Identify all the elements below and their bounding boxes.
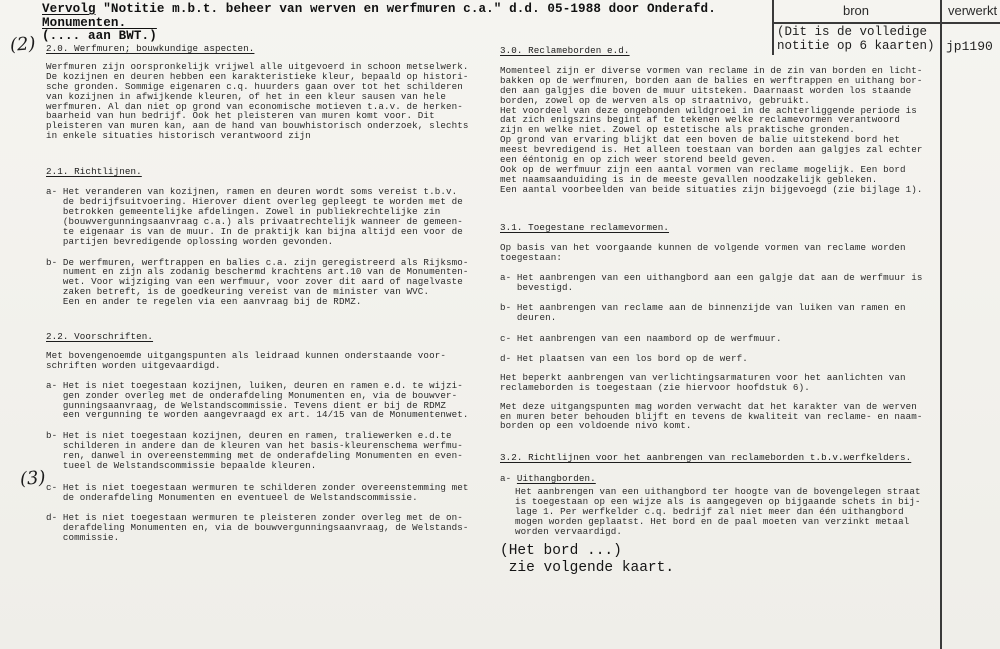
section-3-2-subheading-title: Uithangborden. xyxy=(517,473,596,484)
section-3-1-item-b: b- Het aanbrengen van reclame aan de bin… xyxy=(500,303,942,323)
section-2-2-item-d: d- Het is niet toegestaan wermuren te pl… xyxy=(46,513,474,543)
section-2-0-body: Werfmuren zijn oorspronkelijk vrijwel al… xyxy=(46,62,474,141)
section-3-1-note-lighting: Het beperkt aanbrengen van verlichtingsa… xyxy=(500,373,942,393)
section-2-2-intro: Met bovengenoemde uitgangspunten als lei… xyxy=(46,351,474,371)
section-2-2-heading: 2.2. Voorschriften. xyxy=(46,332,474,342)
section-3-1-note-quality: Met deze uitgangspunten mag worden verwa… xyxy=(500,402,942,432)
section-3-1-item-c: c- Het aanbrengen van een naambord op de… xyxy=(500,334,942,344)
section-3-1-intro: Op basis van het voorgaande kunnen de vo… xyxy=(500,243,942,263)
document-title: Vervolg "Notitie m.b.t. beheer van werve… xyxy=(42,3,782,44)
title-line2: (.... aan BWT.) xyxy=(42,29,157,43)
section-2-2-item-a: a- Het is niet toegestaan kozijnen, luik… xyxy=(46,381,474,421)
section-3-1-item-a: a- Het aanbrengen van een uithangbord aa… xyxy=(500,273,942,293)
section-3-0-heading: 3.0. Reclameborden e.d. xyxy=(500,46,942,56)
handwritten-margin-note-3: (3) xyxy=(19,467,46,490)
stamp-box-header-rule xyxy=(772,22,1000,24)
section-2-0-heading: 2.0. Werfmuren; bouwkundige aspecten. xyxy=(46,44,474,54)
stamp-verwerkt-value: jp1190 xyxy=(946,39,993,54)
stamp-bron-label: bron xyxy=(772,3,940,18)
section-3-2-heading: 3.2. Richtlijnen voor het aanbrengen van… xyxy=(500,453,942,463)
left-column: 2.0. Werfmuren; bouwkundige aspecten. We… xyxy=(46,44,474,543)
stamp-verwerkt-label: verwerkt xyxy=(948,3,997,18)
section-2-1-item-b: b- De werfmuren, werftrappen en balies c… xyxy=(46,258,474,308)
scanned-document-page: Vervolg "Notitie m.b.t. beheer van werve… xyxy=(0,0,1000,649)
section-2-1-heading: 2.1. Richtlijnen. xyxy=(46,167,474,177)
handwritten-margin-note-2: (2) xyxy=(9,33,36,56)
section-3-0-body: Momenteel zijn er diverse vormen van rec… xyxy=(500,66,942,195)
title-rest: "Notitie m.b.t. beheer van werven en wer… xyxy=(42,2,724,30)
section-3-1-heading: 3.1. Toegestane reclamevormen. xyxy=(500,223,942,233)
right-column: 3.0. Reclameborden e.d. Momenteel zijn e… xyxy=(500,46,942,578)
section-3-1-item-d: d- Het plaatsen van een los bord op de w… xyxy=(500,354,942,364)
section-3-2-subheading-label: a- xyxy=(500,473,517,484)
section-2-1-item-a: a- Het veranderen van kozijnen, ramen en… xyxy=(46,187,474,246)
section-3-2-handwritten-note: (Het bord ...) zie volgende kaart. xyxy=(500,543,942,578)
section-3-2-subheading: a- Uithangborden. xyxy=(500,474,942,484)
section-2-2-item-b: b- Het is niet toegestaan kozijnen, deur… xyxy=(46,431,474,471)
section-3-2-body: Het aanbrengen van een uithangbord ter h… xyxy=(515,487,942,537)
section-2-2-item-c: c- Het is niet toegestaan wermuren te sc… xyxy=(46,483,474,503)
title-underlined-word: Vervolg xyxy=(42,2,96,16)
